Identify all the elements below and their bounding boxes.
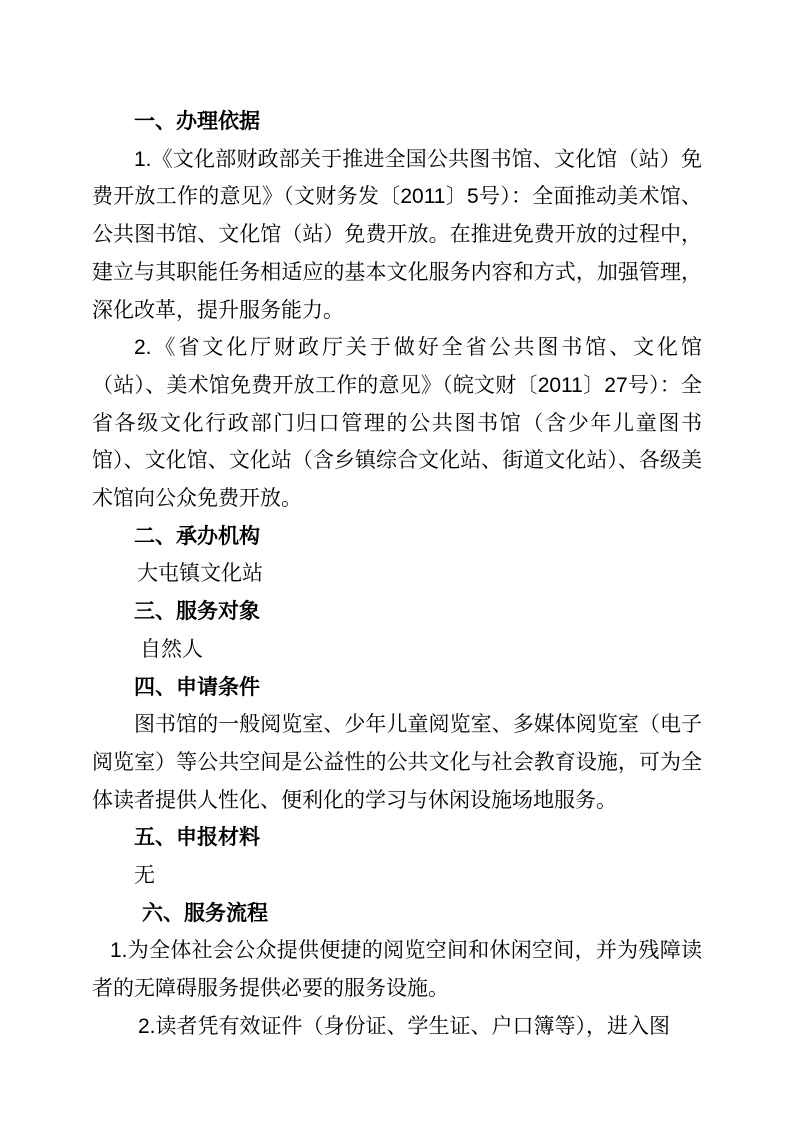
paragraph-target: 自然人 <box>92 631 702 669</box>
paragraph-agency: 大屯镇文化站 <box>92 555 702 593</box>
section-heading-process: 六、服务流程 <box>92 895 702 933</box>
document-page: 一、办理依据 1.《文化部财政部关于推进全国公共图书馆、文化馆（站）免费开放工作… <box>0 0 793 1122</box>
section-heading-basis: 一、办理依据 <box>92 103 702 141</box>
section-heading-conditions: 四、申请条件 <box>92 669 702 707</box>
section-heading-materials: 五、申报材料 <box>92 819 702 857</box>
section-heading-agency: 二、承办机构 <box>92 518 702 556</box>
section-heading-target: 三、服务对象 <box>92 593 702 631</box>
paragraph-conditions: 图书馆的一般阅览室、少年儿童阅览室、多媒体阅览室（电子阅览室）等公共空间是公益性… <box>92 706 702 819</box>
document-content: 一、办理依据 1.《文化部财政部关于推进全国公共图书馆、文化馆（站）免费开放工作… <box>92 103 702 1046</box>
paragraph-basis-2: 2.《省文化厅财政厅关于做好全省公共图书馆、文化馆（站）、美术馆免费开放工作的意… <box>92 329 702 518</box>
paragraph-materials: 无 <box>92 857 702 895</box>
paragraph-process-1: 1.为全体社会公众提供便捷的阅览空间和休闲空间，并为残障读者的无障碍服务提供必要… <box>92 932 702 1007</box>
paragraph-basis-1: 1.《文化部财政部关于推进全国公共图书馆、文化馆（站）免费开放工作的意见》（文财… <box>92 141 702 330</box>
paragraph-process-2: 2.读者凭有效证件（身份证、学生证、户口簿等），进入图 <box>92 1008 702 1046</box>
